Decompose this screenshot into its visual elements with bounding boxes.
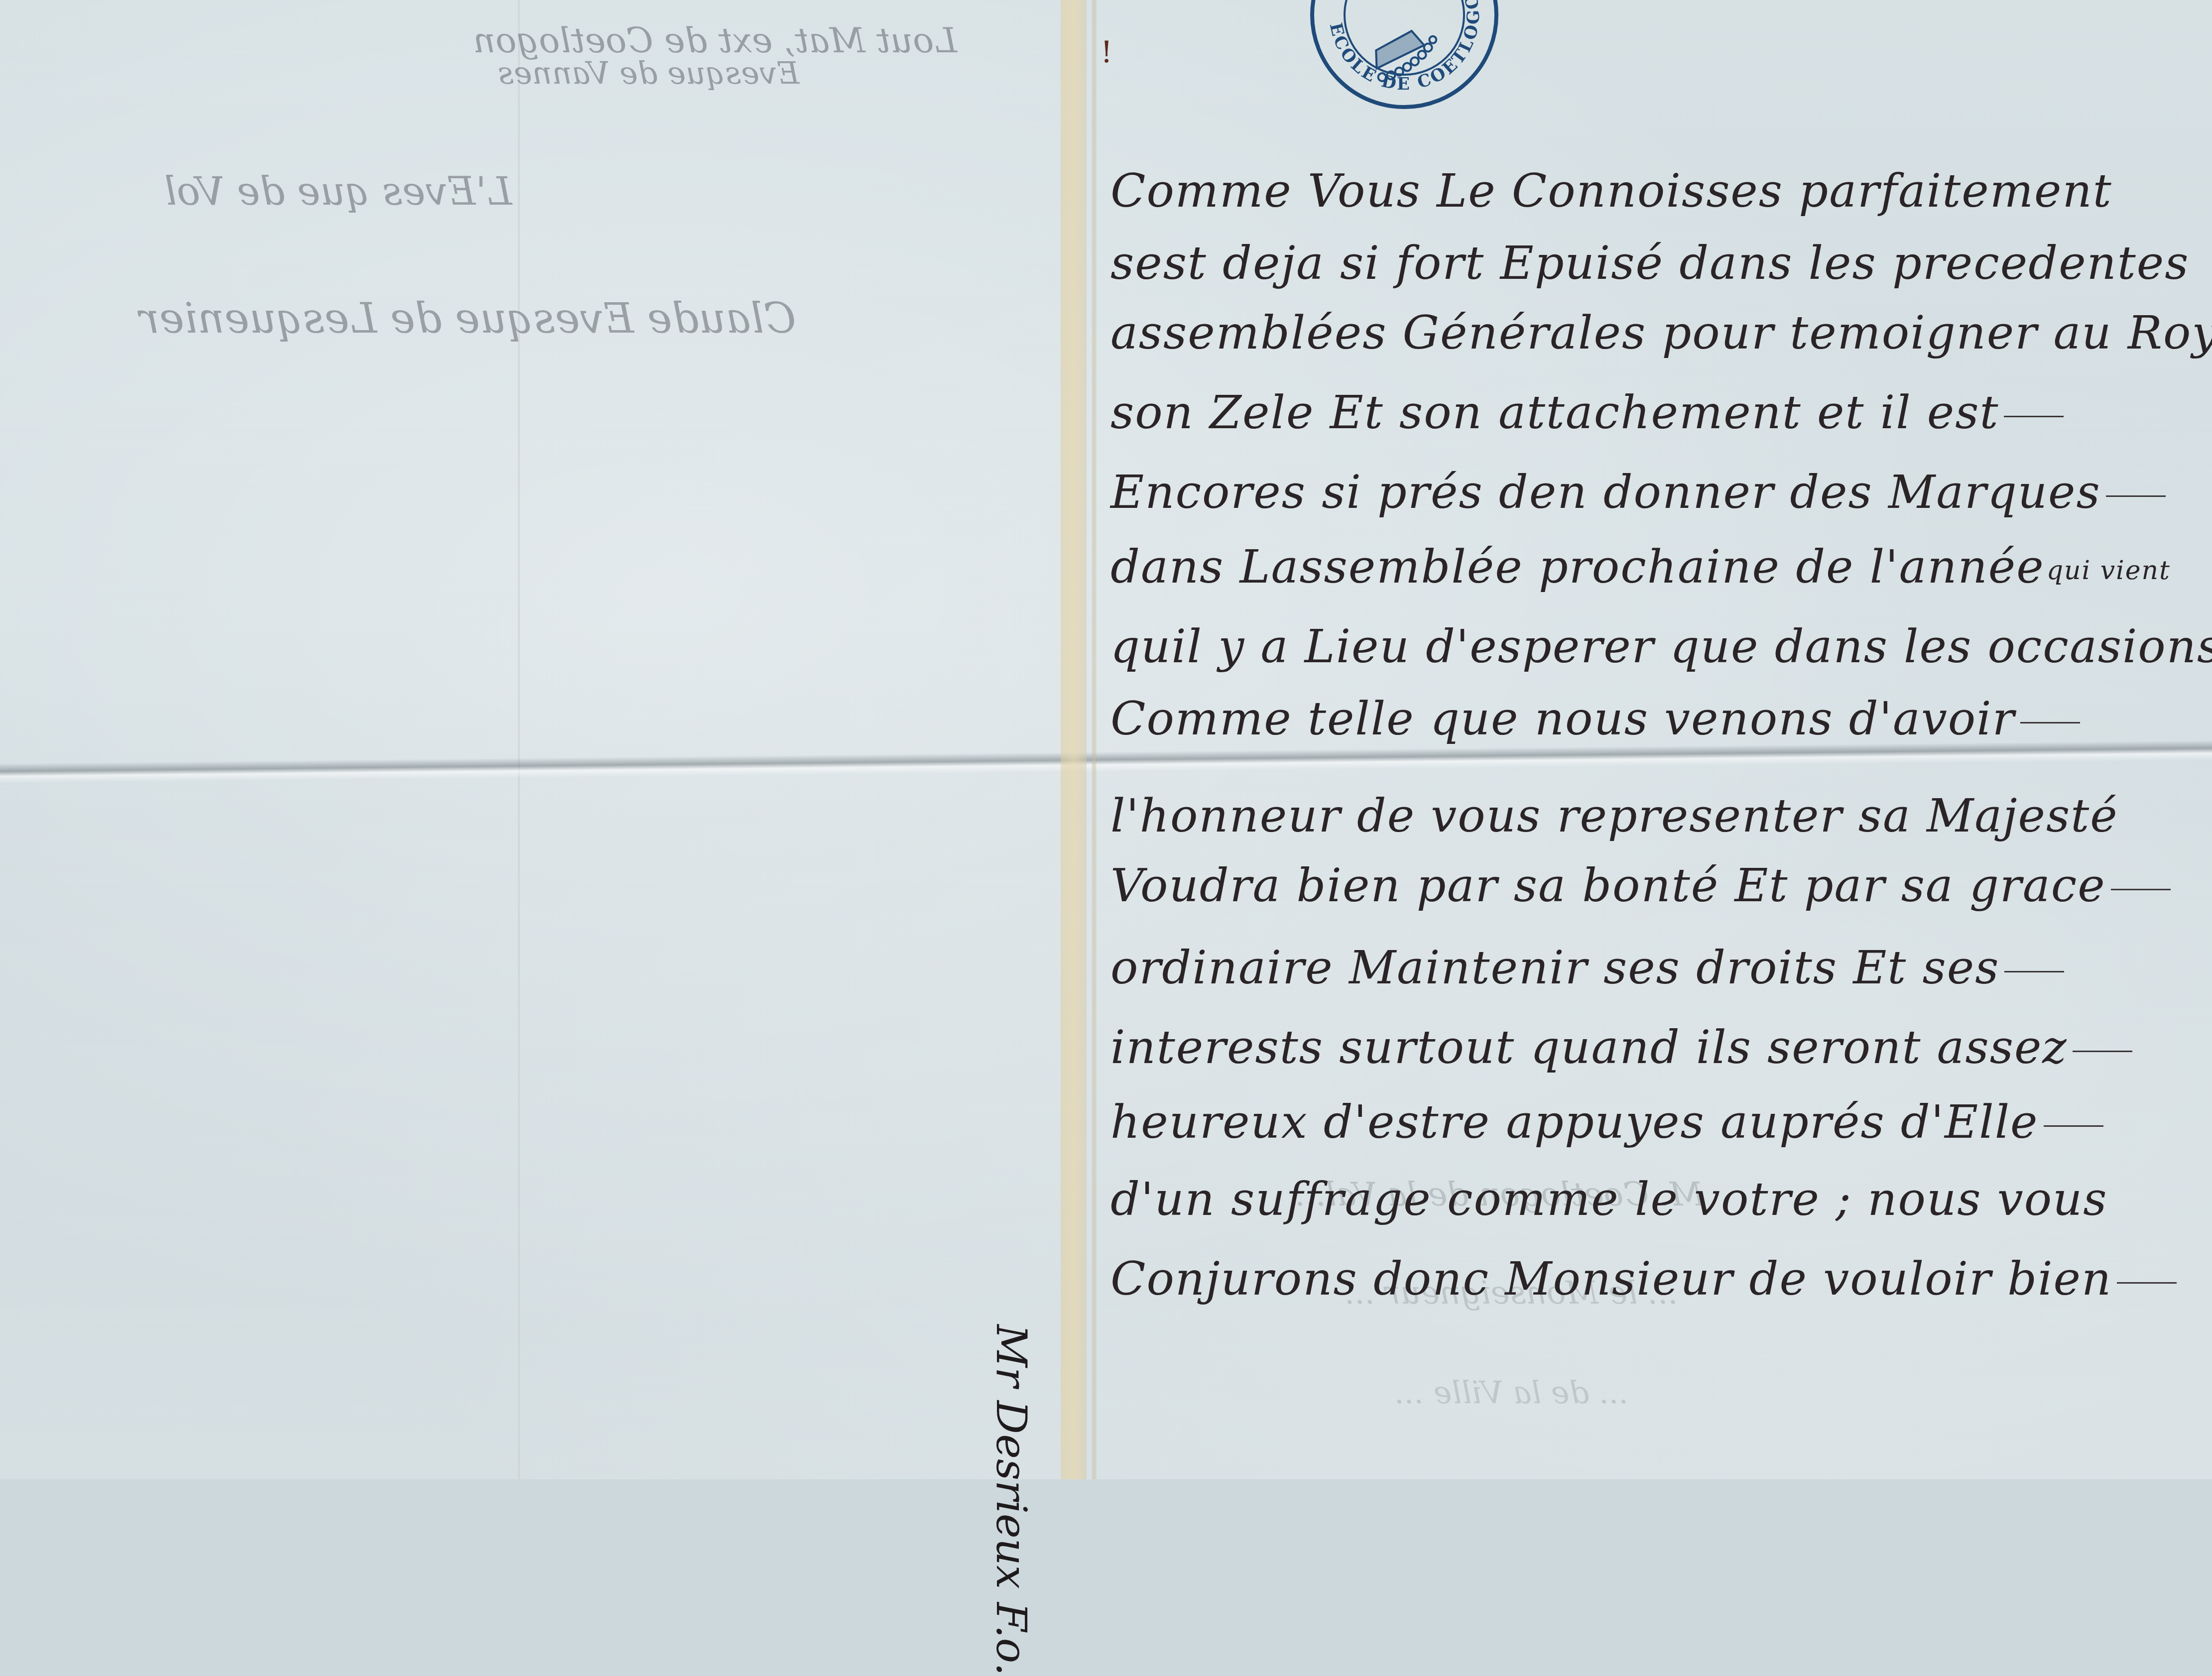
letter-line: heureux d'estre appuyes auprés d'Elle xyxy=(1110,1095,2103,1149)
letter-line: Voudra bien par sa bonté Et par sa grace xyxy=(1110,859,2171,912)
bleed-through-line: Evesque de Vannes xyxy=(498,55,799,91)
letter-line: assemblées Générales pour temoigner au R… xyxy=(1110,306,2212,359)
letter-line: dans Lassemblée prochaine de l'annéequi … xyxy=(1110,540,2171,594)
letter-sheet: Lout Mat, ext de Coetlogon Evesque de Va… xyxy=(0,0,2212,1479)
letter-line: Comme Vous Le Connoisses parfaitement xyxy=(1110,164,2112,218)
binding-strip xyxy=(1061,0,1087,1479)
vertical-crease xyxy=(518,0,520,1479)
letter-line: Comme telle que nous venons d'avoir xyxy=(1110,692,2080,745)
line-flourish xyxy=(2106,495,2166,497)
line-flourish xyxy=(2004,416,2064,417)
line-flourish xyxy=(2020,722,2080,723)
letter-line: l'honneur de vous representer sa Majesté xyxy=(1110,789,2118,842)
letter-line: quil y a Lieu d'esperer que dans les occ… xyxy=(1110,620,2212,673)
side-note: Mr Desrieux F.o. xyxy=(987,1324,1036,1479)
line-flourish xyxy=(2044,1125,2103,1127)
line-flourish xyxy=(2004,971,2064,972)
letter-line: Conjurons donc Monsieur de vouloir bien xyxy=(1110,1252,2177,1306)
letter-line: interests surtout quand ils seront assez xyxy=(1110,1021,2132,1074)
letter-line: sest deja si fort Epuisé dans les preced… xyxy=(1110,237,2189,290)
interlinear-insert: qui vient xyxy=(2047,556,2171,586)
bleed-through-line: L'Eves que de Vol xyxy=(164,169,512,214)
line-flourish xyxy=(2117,1282,2177,1284)
line-flourish xyxy=(2111,889,2171,890)
letter-line: d'un suffrage comme le votre ; nous vous xyxy=(1110,1173,2108,1226)
bleed-through-line: Claude Evesque de Lesquenier xyxy=(139,294,796,343)
letter-line: Encores si prés den donner des Marques xyxy=(1110,466,2166,519)
left-page: Lout Mat, ext de Coetlogon Evesque de Va… xyxy=(0,0,1056,1479)
letter-line: son Zele Et son attachement et il est xyxy=(1110,386,2064,439)
line-flourish xyxy=(2073,1051,2132,1052)
letter-line: ordinaire Maintenir ses droits Et ses xyxy=(1110,941,2064,994)
bleed-through-line: ... de la Ville ... xyxy=(1394,1374,1628,1411)
